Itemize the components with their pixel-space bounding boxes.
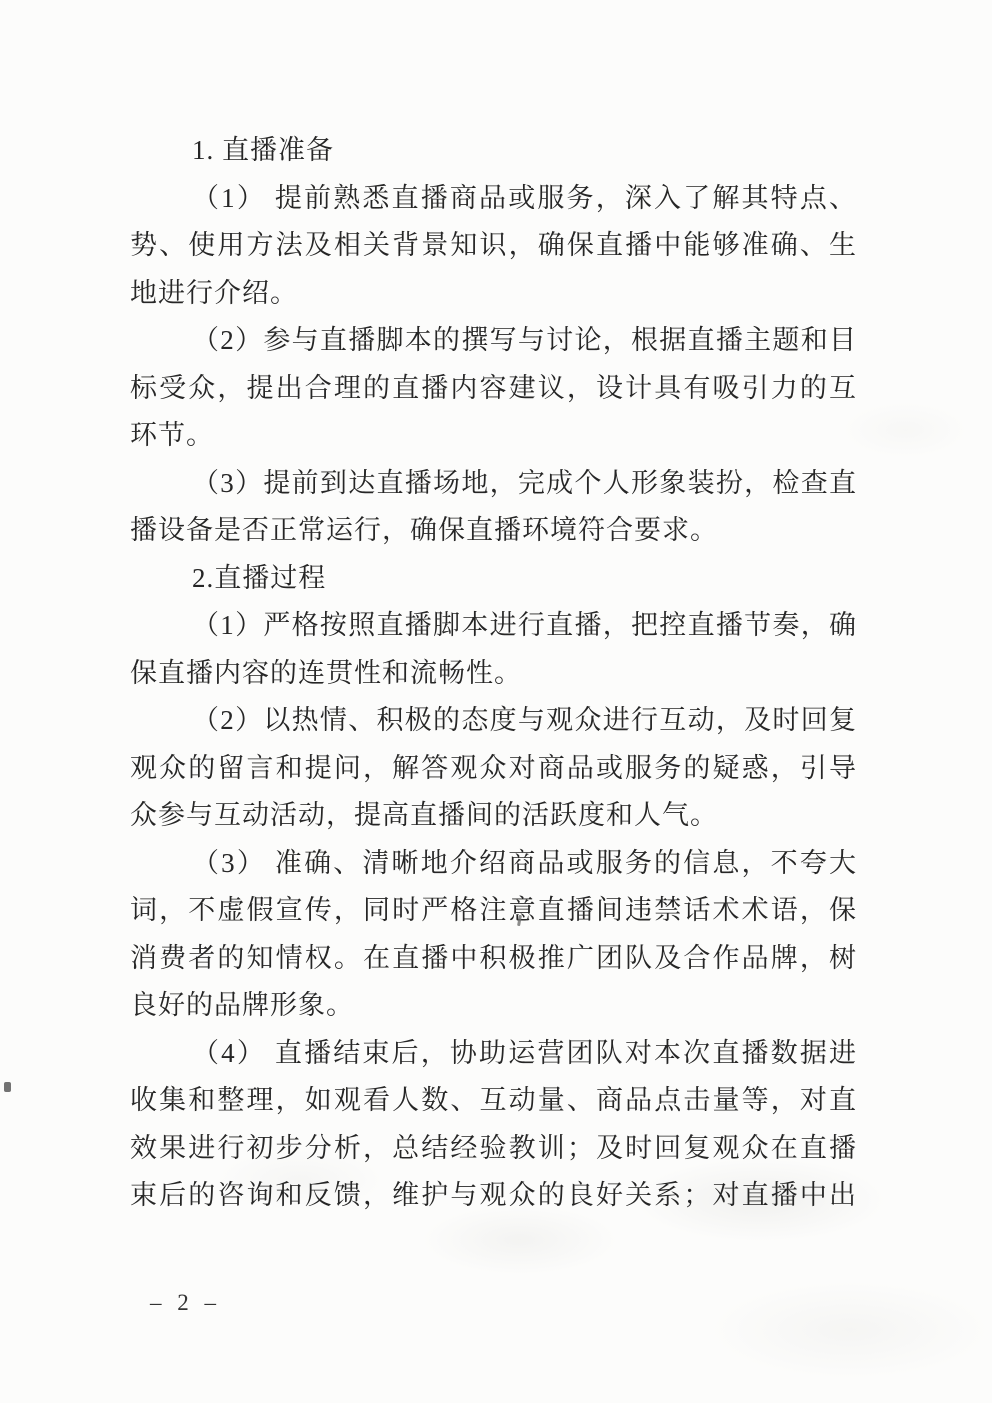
text-line: 词，不虚假宣传，同时严格注意直播间违禁话术术语，保障: [130, 887, 857, 935]
text-line: 标受众，提出合理的直播内容建议，设计具有吸引力的互动: [130, 365, 857, 413]
text-line: （4） 直播结束后，协助运营团队对本次直播数据进行: [130, 1030, 857, 1078]
text-line: 收集和整理，如观看人数、互动量、商品点击量等，对直播: [130, 1077, 857, 1125]
text-line: （1）严格按照直播脚本进行直播，把控直播节奏，确: [130, 602, 857, 650]
text-line: 束后的咨询和反馈，维护与观众的良好关系；对直播中出现: [130, 1172, 857, 1220]
text-line: 消费者的知情权。在直播中积极推广团队及合作品牌，树立: [130, 935, 857, 983]
text-line: 效果进行初步分析，总结经验教训；及时回复观众在直播结: [130, 1125, 857, 1173]
text-line: （3）提前到达直播场地，完成个人形象装扮，检查直: [130, 460, 857, 508]
text-line: 众参与互动活动，提高直播间的活跃度和人气。: [130, 792, 857, 840]
text-line: 良好的品牌形象。: [130, 982, 857, 1030]
document-page: 1. 直播准备（1） 提前熟悉直播商品或服务，深入了解其特点、优势、使用方法及相…: [0, 0, 992, 1403]
text-line: 观众的留言和提问，解答观众对商品或服务的疑惑，引导观: [130, 745, 857, 793]
document-body: 1. 直播准备（1） 提前熟悉直播商品或服务，深入了解其特点、优势、使用方法及相…: [130, 127, 857, 1220]
text-line: 播设备是否正常运行，确保直播环境符合要求。: [130, 507, 857, 555]
text-line: （3） 准确、清晰地介绍商品或服务的信息，不夸大其: [130, 840, 857, 888]
text-line: 势、使用方法及相关背景知识，确保直播中能够准确、生动: [130, 222, 857, 270]
text-line: 保直播内容的连贯性和流畅性。: [130, 650, 857, 698]
scan-artifact-speck: [4, 1082, 11, 1092]
text-line: 地进行介绍。: [130, 270, 857, 318]
text-line: 2.直播过程: [130, 555, 857, 603]
text-line: 环节。: [130, 412, 857, 460]
text-line: （2）参与直播脚本的撰写与讨论，根据直播主题和目: [130, 317, 857, 365]
text-line: （2）以热情、积极的态度与观众进行互动，及时回复: [130, 697, 857, 745]
text-line: 1. 直播准备: [130, 127, 857, 175]
page-number: – 2 –: [150, 1290, 221, 1316]
text-line: （1） 提前熟悉直播商品或服务，深入了解其特点、优: [130, 175, 857, 223]
